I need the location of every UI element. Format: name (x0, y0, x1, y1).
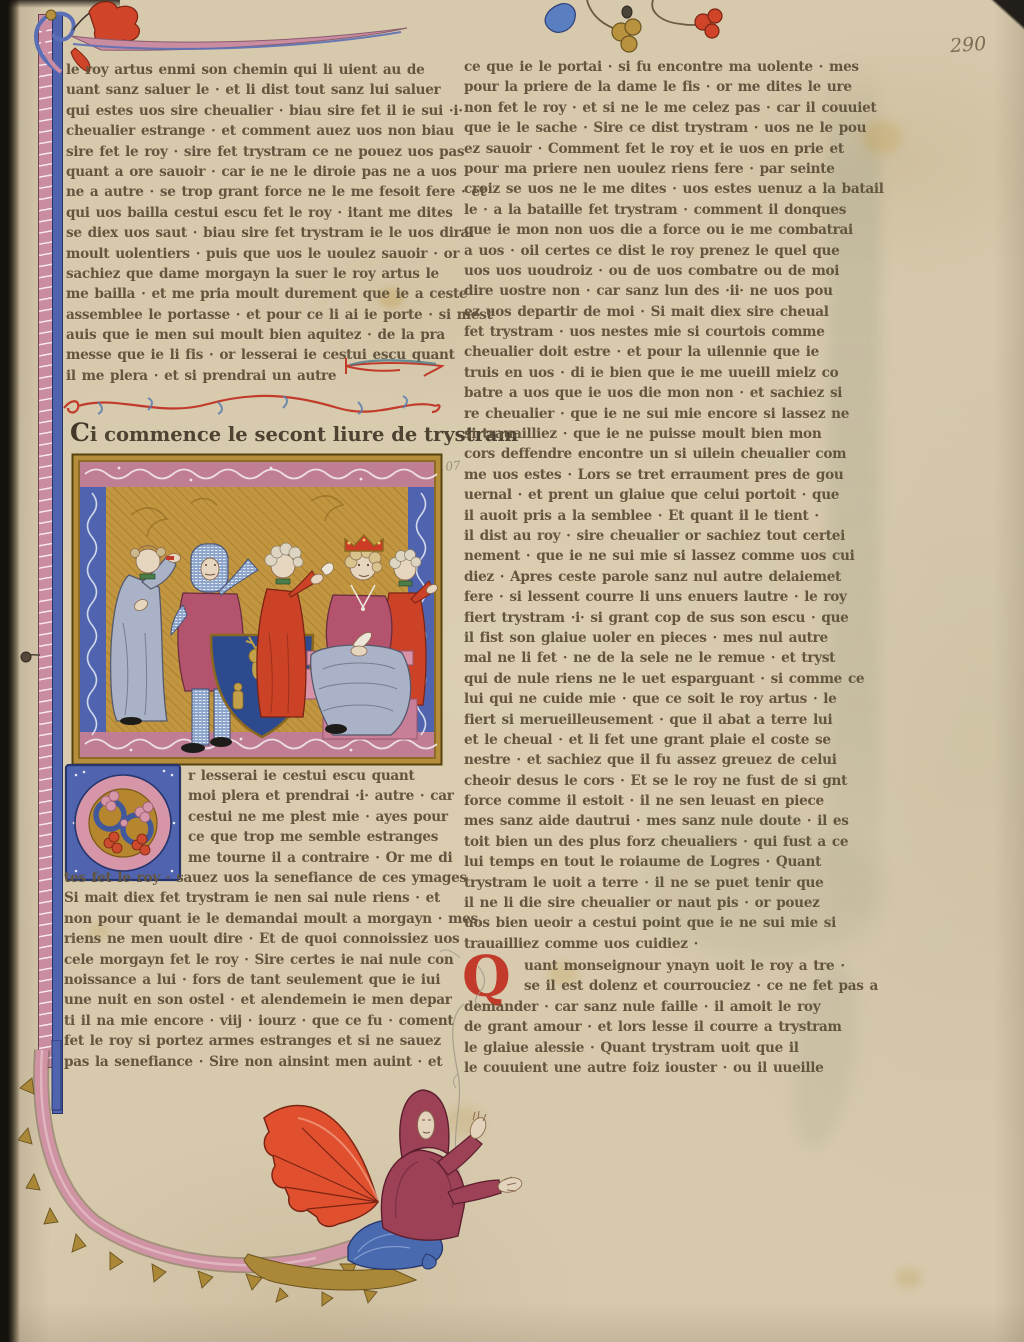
drollery-hooded-figure (264, 1090, 523, 1269)
text-line: cestui ne me plest mie · ayes pour (188, 807, 454, 827)
text-line: fet trystram · uos nestes mie si courtoi… (464, 322, 888, 342)
text-line: ez sauoir · Comment fet le roy et ie uos… (464, 139, 888, 159)
text-line: qui de nule riens ne le uet esparguant ·… (464, 669, 888, 689)
text-line: uant sanz saluer le · et li dist tout sa… (66, 80, 458, 100)
text-line: se diex uos saut · biau sire fet trystra… (66, 223, 458, 243)
text-line: uos uos uoudroiz · ou de uos combatre ou… (464, 261, 888, 281)
text-line: me bailla · et me pria moult durement qu… (66, 284, 458, 304)
text-line: r lesserai ie cestui escu quant (188, 766, 454, 786)
text-line: lui qui ne cuide mie · que ce soit le ro… (464, 689, 888, 709)
text-line: diez · Apres ceste parole sanz nul autre… (464, 567, 888, 587)
top-center-sprig-ornament (535, 0, 747, 62)
text-line: cele morgayn fet le roy · Sire certes ie… (64, 950, 458, 970)
text-line: lui temps en tout le roiaume de Logres ·… (464, 852, 888, 872)
text-line: sachiez que dame morgayn la suer le roy … (66, 264, 458, 284)
border-bar-blue (52, 14, 63, 1114)
text-line: il fist son glaiue uoler en pieces · mes… (464, 628, 888, 648)
text-line: me tourne il a contraire · Or me di (188, 848, 454, 868)
stain (896, 1268, 922, 1288)
text-line: de grant amour · et lors lesse il courre… (464, 1017, 888, 1037)
text-line: il auoit pris a la semblee · Et quant il… (464, 506, 888, 526)
text-line: fiert trystram ·i· si grant cop de sus s… (464, 608, 888, 628)
text-line: batre a uos que ie uos die mon non · et … (464, 383, 888, 403)
rubric-flourish-divider (58, 392, 444, 420)
text-line: demander · car sanz nule faille · il amo… (464, 997, 888, 1017)
binding-edge (0, 0, 20, 1342)
text-line: pour la priere de la dame le fis · or me… (464, 77, 888, 97)
text-line: dire uostre non · car sanz lun des ·ii· … (464, 281, 888, 301)
text-line: cheoir desus le cors · Et se le roy ne f… (464, 771, 888, 791)
text-line: nestre · et sachiez que il fu assez greu… (464, 750, 888, 770)
text-line: et le cheual · et li fet une grant plaie… (464, 730, 888, 750)
text-line: tes fet le roy · sauez uos la senefiance… (64, 868, 458, 888)
text-line: mal ne li fet · ne de la sele ne le remu… (464, 648, 888, 668)
text-line: trystram le uoit a terre · il ne se puet… (464, 873, 888, 893)
text-line: cors deffendre encontre un si uilein che… (464, 444, 888, 464)
text-line: Si mait diex fet trystram ie nen sai nul… (64, 888, 458, 908)
right-column-paragraph-2-indent: uant monseignour ynayn uoit le roy a tre… (524, 956, 888, 997)
text-line: quant a ore sauoir · car ie ne le diroie… (66, 162, 458, 182)
rubric-initial: C (70, 418, 90, 447)
text-line: si trauailliez · que ie ne puisse moult … (464, 424, 888, 444)
text-line: fere · si lessent courre li uns enuers l… (464, 587, 888, 607)
text-line: force comme il estoit · il ne sen leuast… (464, 791, 888, 811)
text-line: ce que trop me semble estranges (188, 827, 454, 847)
left-column-paragraph-1: le roy artus enmi son chemin qui li uien… (66, 60, 458, 386)
text-line: mes sanz aide dautrui · mes sanz nule do… (464, 811, 888, 831)
text-line: cheualier doit estre · et pour la uilenn… (464, 342, 888, 362)
text-line: se il est dolenz et courrouciez · ce ne … (524, 976, 888, 996)
text-line: a uos · oil certes ce dist le roy prenez… (464, 241, 888, 261)
text-line: le roy artus enmi son chemin qui li uien… (66, 60, 458, 80)
text-line: il dist au roy · sire cheualier or sachi… (464, 526, 888, 546)
rubric-text: i commence le secont liure de trystram (90, 423, 518, 446)
text-line: ne a autre · se trop grant force ne le m… (66, 182, 458, 202)
text-line: moi plera et prendrai ·i· autre · car (188, 786, 454, 806)
text-line: ce que ie le portai · si fu encontre ma … (464, 57, 888, 77)
text-line: uos bien ueoir a cestui point que ie ne … (464, 913, 888, 933)
text-line: ez uos departir de moi · Si mait diex si… (464, 302, 888, 322)
text-line: non fet le roy · et si ne le me celez pa… (464, 98, 888, 118)
text-line: re cheualier · que ie ne sui mie encore … (464, 404, 888, 424)
text-line: trauailliez comme uos cuidiez · (464, 934, 888, 954)
text-line: riens ne men uoult dire · Et de quoi con… (64, 929, 458, 949)
manuscript-folio: 290 L 107 le roy artus enmi son chemin q… (0, 0, 1024, 1342)
text-line: que ie le sache · Sire ce dist trystram … (464, 118, 888, 138)
text-line: non pour quant ie le demandai moult a mo… (64, 909, 458, 929)
rubric-heading: Ci commence le secont liure de trystram (70, 418, 518, 447)
text-line: qui uos bailla cestui escu fet le roy · … (66, 203, 458, 223)
border-knob-ornament (18, 642, 44, 668)
text-line: une nuit en son ostel · et alendemein ie… (64, 990, 458, 1010)
text-line: nement · que ie ne sui mie si lassez com… (464, 546, 888, 566)
text-line: sire fet le roy · sire fet trystram ce n… (66, 142, 458, 162)
text-line: croiz se uos ne le me dites · uos estes … (464, 179, 888, 199)
text-line: ti il na mie encore · viij · iourz · que… (64, 1011, 458, 1031)
text-line: uant monseignour ynayn uoit le roy a tre… (524, 956, 888, 976)
text-line: assemblee le portasse · et pour ce li ai… (66, 305, 458, 325)
text-line: uernal · et prent un glaiue que celui po… (464, 485, 888, 505)
folio-number: 290 (949, 33, 987, 57)
left-column-paragraph-2-indent: r lesserai ie cestui escu quantmoi plera… (188, 766, 454, 868)
text-line: que ie mon non uos die a force ou ie me … (464, 220, 888, 240)
text-line: truis en uos · di ie bien que ie me uuei… (464, 363, 888, 383)
border-bar-pink (38, 14, 53, 1068)
bottom-border-and-drollery (18, 1040, 588, 1340)
line-filler-flourish (340, 356, 450, 378)
text-line: me uos estes · Lors se tret erraument pr… (464, 465, 888, 485)
right-column-paragraph-1: ce que ie le portai · si fu encontre ma … (464, 57, 888, 954)
text-line: moult uolentiers · puis que uos le uoule… (66, 244, 458, 264)
text-line: il ne li die sire cheualier or naut pis … (464, 893, 888, 913)
text-line: fiert si merueilleusement · que il abat … (464, 710, 888, 730)
text-line: noissance a lui · fors de tant seulement… (64, 970, 458, 990)
text-line: pour ma priere nen uoulez riens fere · p… (464, 159, 888, 179)
miniature-tristan-before-king-arthur (71, 453, 443, 766)
text-line: le · a la bataille fet trystram · commen… (464, 200, 888, 220)
text-line: qui estes uos sire cheualier · biau sire… (66, 101, 458, 121)
text-line: cheualier estrange · et comment auez uos… (66, 121, 458, 141)
decorated-initial-O (64, 763, 184, 884)
text-line: toit bien un des plus forz cheualiers · … (464, 832, 888, 852)
text-line: auis que ie men sui moult bien aquitez ·… (66, 325, 458, 345)
